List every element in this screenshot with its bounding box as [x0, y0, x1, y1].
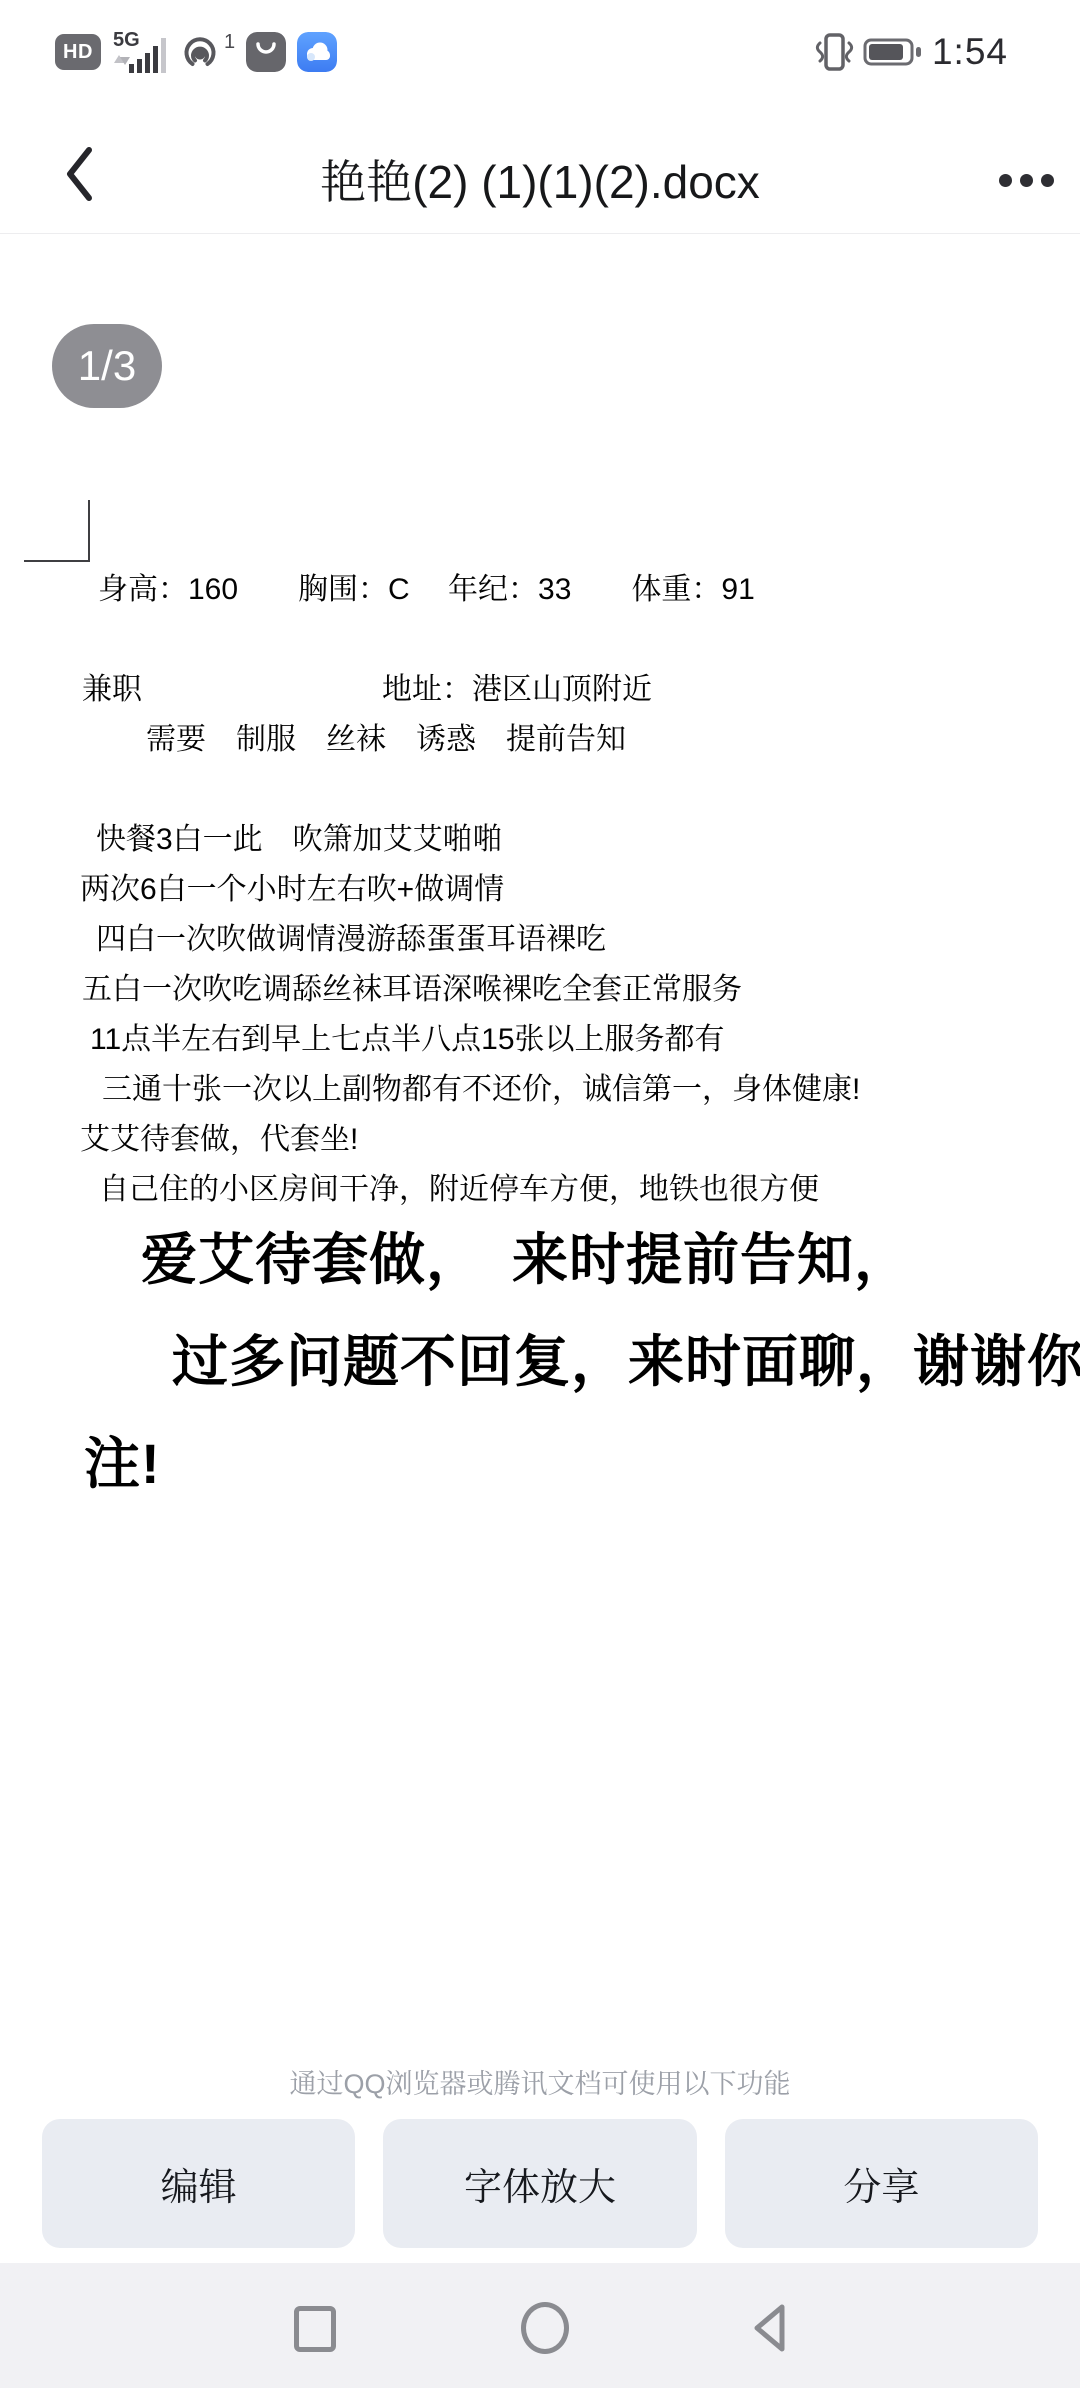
- footer-hint-text: 通过QQ浏览器或腾讯文档可使用以下功能: [0, 2062, 1080, 2101]
- doc-line: 需要 制服 丝袜 诱惑 提前告知: [146, 721, 626, 759]
- document-scroll-area[interactable]: 身高：160 胸围：C 年纪：33 体重：91 兼职 地址：港区山顶附近 需要 …: [0, 0, 1080, 2388]
- doc-line: 11点半左右到早上七点半八点15张以上服务都有: [90, 1021, 725, 1059]
- doc-line: 兼职 地址：港区山顶附近: [82, 671, 652, 709]
- doc-line: 五白一次吹吃调舔丝袜耳语深喉裸吃全套正常服务: [82, 971, 742, 1009]
- footer-action-bar: 编辑 字体放大 分享: [42, 2119, 1038, 2248]
- home-circle-icon[interactable]: [521, 2302, 569, 2354]
- doc-line: 两次6白一个小时左右吹+做调情: [80, 871, 504, 909]
- recents-square-icon[interactable]: [294, 2306, 336, 2352]
- document-viewer-screen: HD 5G 1: [0, 0, 1080, 2388]
- doc-line: 艾艾待套做，代套坐!: [80, 1121, 358, 1159]
- edit-button[interactable]: 编辑: [42, 2119, 355, 2248]
- doc-line: 四白一次吹做调情漫游舔蛋蛋耳语裸吃: [96, 921, 606, 959]
- page-corner-mark: [24, 500, 90, 562]
- back-triangle-icon[interactable]: [748, 2300, 792, 2356]
- share-button[interactable]: 分享: [725, 2119, 1038, 2248]
- doc-line: 快餐3白一此 吹箫加艾艾啪啪: [96, 821, 503, 859]
- doc-bold-line: 爱艾待套做， 来时提前告知，: [141, 1228, 911, 1292]
- doc-line: 自己住的小区房间干净，附近停车方便，地铁也很方便: [99, 1171, 819, 1209]
- doc-line: 身高：160 胸围：C 年纪：33 体重：91: [98, 571, 755, 609]
- doc-bold-line: 注!: [84, 1432, 161, 1496]
- doc-bold-line: 过多问题不回复，来时面聊，谢谢你: [172, 1330, 1080, 1394]
- doc-line: 三通十张一次以上副物都有不还价，诚信第一，身体健康!: [102, 1071, 860, 1109]
- enlarge-font-button[interactable]: 字体放大: [383, 2119, 696, 2248]
